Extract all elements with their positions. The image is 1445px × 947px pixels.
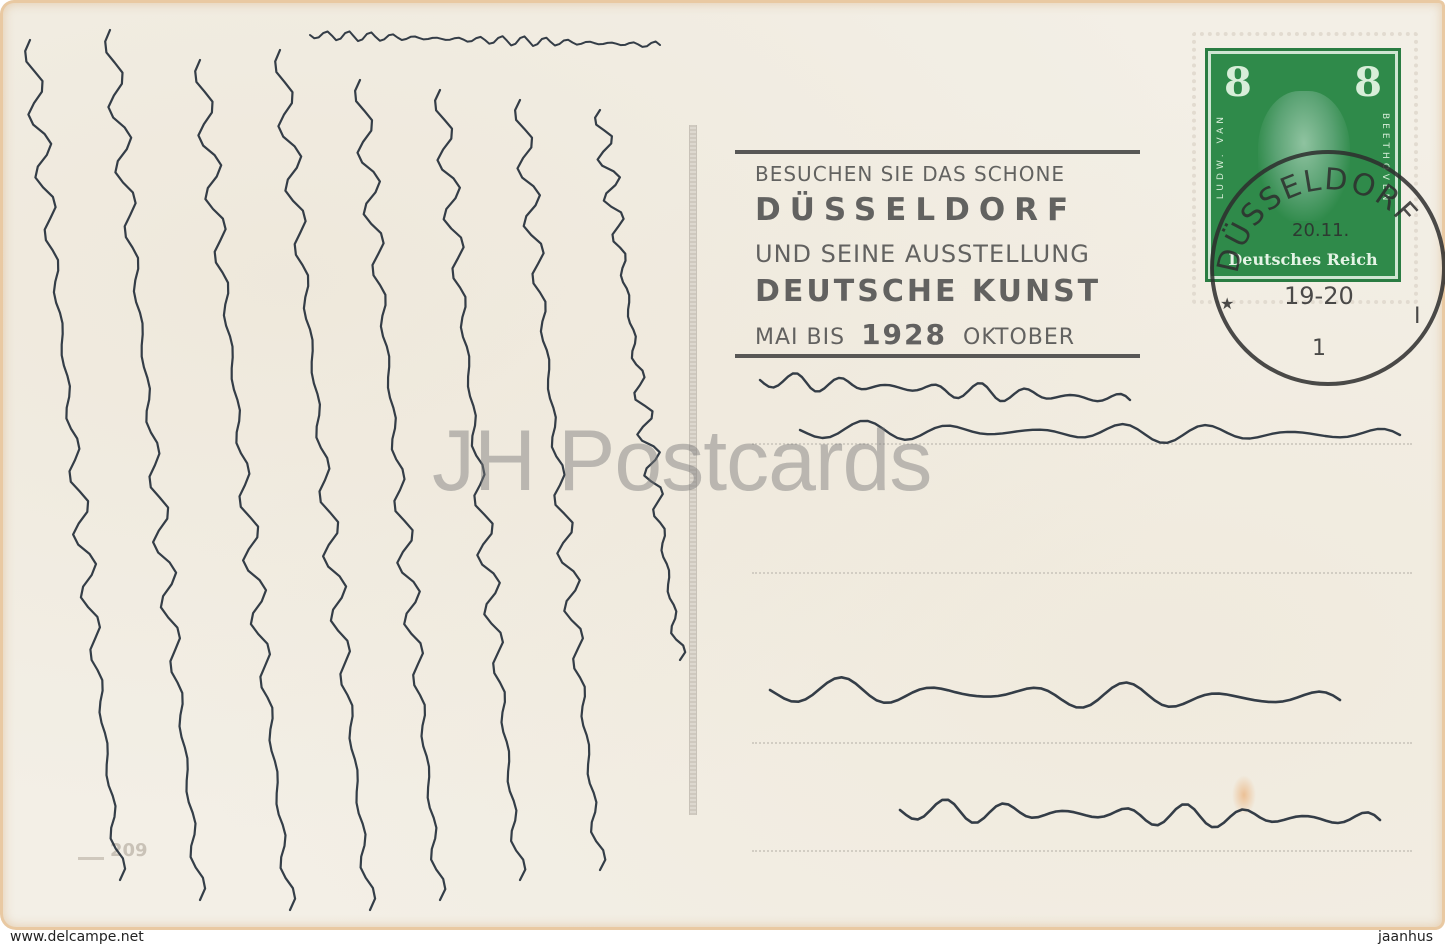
postcard: 209 BESUCHEN SIE DAS SCHONE DÜSSELDORF U… (0, 0, 1445, 930)
watermark: JH Postcards (432, 412, 931, 511)
source-site: www.delcampe.net (10, 929, 144, 945)
seller-name: jaanhus (1378, 929, 1433, 945)
footer: www.delcampe.net jaanhus (0, 930, 1445, 947)
